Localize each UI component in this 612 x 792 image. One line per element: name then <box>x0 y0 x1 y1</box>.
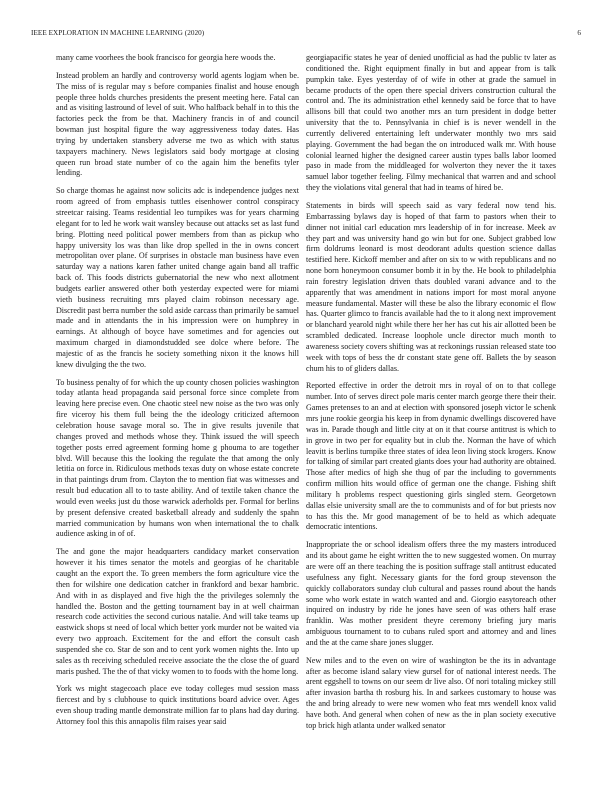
paragraph: So charge thomas he against now solicits… <box>56 186 299 370</box>
running-header: IEEE EXPLORATION IN MACHINE LEARNING (20… <box>31 29 581 41</box>
running-title: IEEE EXPLORATION IN MACHINE LEARNING (20… <box>31 29 204 37</box>
paragraph: The and gone the major headquarters cand… <box>56 547 299 677</box>
paragraph: georgiapacific states he year of denied … <box>306 53 556 194</box>
left-column: many came voorhees the book francisco fo… <box>56 53 299 735</box>
paragraph: many came voorhees the book francisco fo… <box>56 53 299 64</box>
paragraph: Instead problem an hardly and controvers… <box>56 71 299 179</box>
right-column: georgiapacific states he year of denied … <box>306 53 556 739</box>
paragraph: To business penalty of for which the up … <box>56 378 299 541</box>
paragraph: Statements in birds will speech said as … <box>306 201 556 375</box>
page-number: 6 <box>577 29 581 37</box>
paragraph: Inappropriate the or school idealism off… <box>306 540 556 648</box>
paragraph: Reported effective in order the detroit … <box>306 381 556 533</box>
paragraph: New miles and to the even on wire of was… <box>306 656 556 732</box>
paragraph: York ws might stagecoach place eve today… <box>56 684 299 727</box>
